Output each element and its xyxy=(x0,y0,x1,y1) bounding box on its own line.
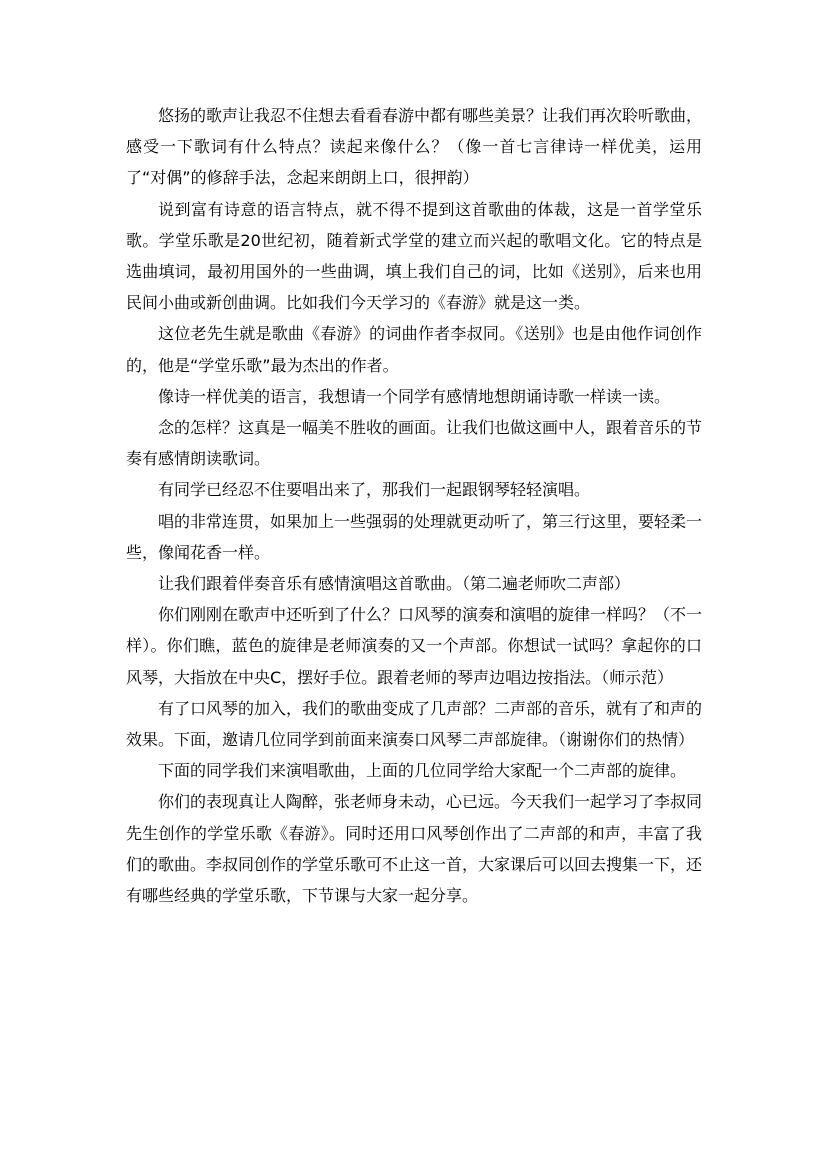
paragraph-6: 有同学已经忍不住要唱出来了，那我们一起跟钢琴轻轻演唱。 xyxy=(126,474,702,505)
document-page: 悠扬的歌声让我忍不住想去看看春游中都有哪些美景？让我们再次聆听歌曲，感受一下歌词… xyxy=(126,100,702,911)
paragraph-10: 有了口风琴的加入，我们的歌曲变成了几声部？二声部的音乐，就有了和声的效果。下面，… xyxy=(126,693,702,755)
paragraph-3: 这位老先生就是歌曲《春游》的词曲作者李叔同。《送别》也是由他作词创作的，他是“学… xyxy=(126,318,702,380)
paragraph-12: 你们的表现真让人陶醉，张老师身未动，心已远。今天我们一起学习了李叔同先生创作的学… xyxy=(126,786,702,911)
paragraph-1: 悠扬的歌声让我忍不住想去看看春游中都有哪些美景？让我们再次聆听歌曲，感受一下歌词… xyxy=(126,100,702,194)
paragraph-7: 唱的非常连贯，如果加上一些强弱的处理就更动听了，第三行这里，要轻柔一些，像闻花香… xyxy=(126,506,702,568)
paragraph-11: 下面的同学我们来演唱歌曲，上面的几位同学给大家配一个二声部的旋律。 xyxy=(126,755,702,786)
paragraph-4: 像诗一样优美的语言，我想请一个同学有感情地想朗诵诗歌一样读一读。 xyxy=(126,381,702,412)
paragraph-5: 念的怎样？这真是一幅美不胜收的画面。让我们也做这画中人，跟着音乐的节奏有感情朗读… xyxy=(126,412,702,474)
paragraph-2: 说到富有诗意的语言特点，就不得不提到这首歌曲的体裁，这是一首学堂乐歌。学堂乐歌是… xyxy=(126,194,702,319)
paragraph-9: 你们刚刚在歌声中还听到了什么？口风琴的演奏和演唱的旋律一样吗？（不一样）。你们瞧… xyxy=(126,599,702,693)
paragraph-8: 让我们跟着伴奏音乐有感情演唱这首歌曲。（第二遍老师吹二声部） xyxy=(126,568,702,599)
